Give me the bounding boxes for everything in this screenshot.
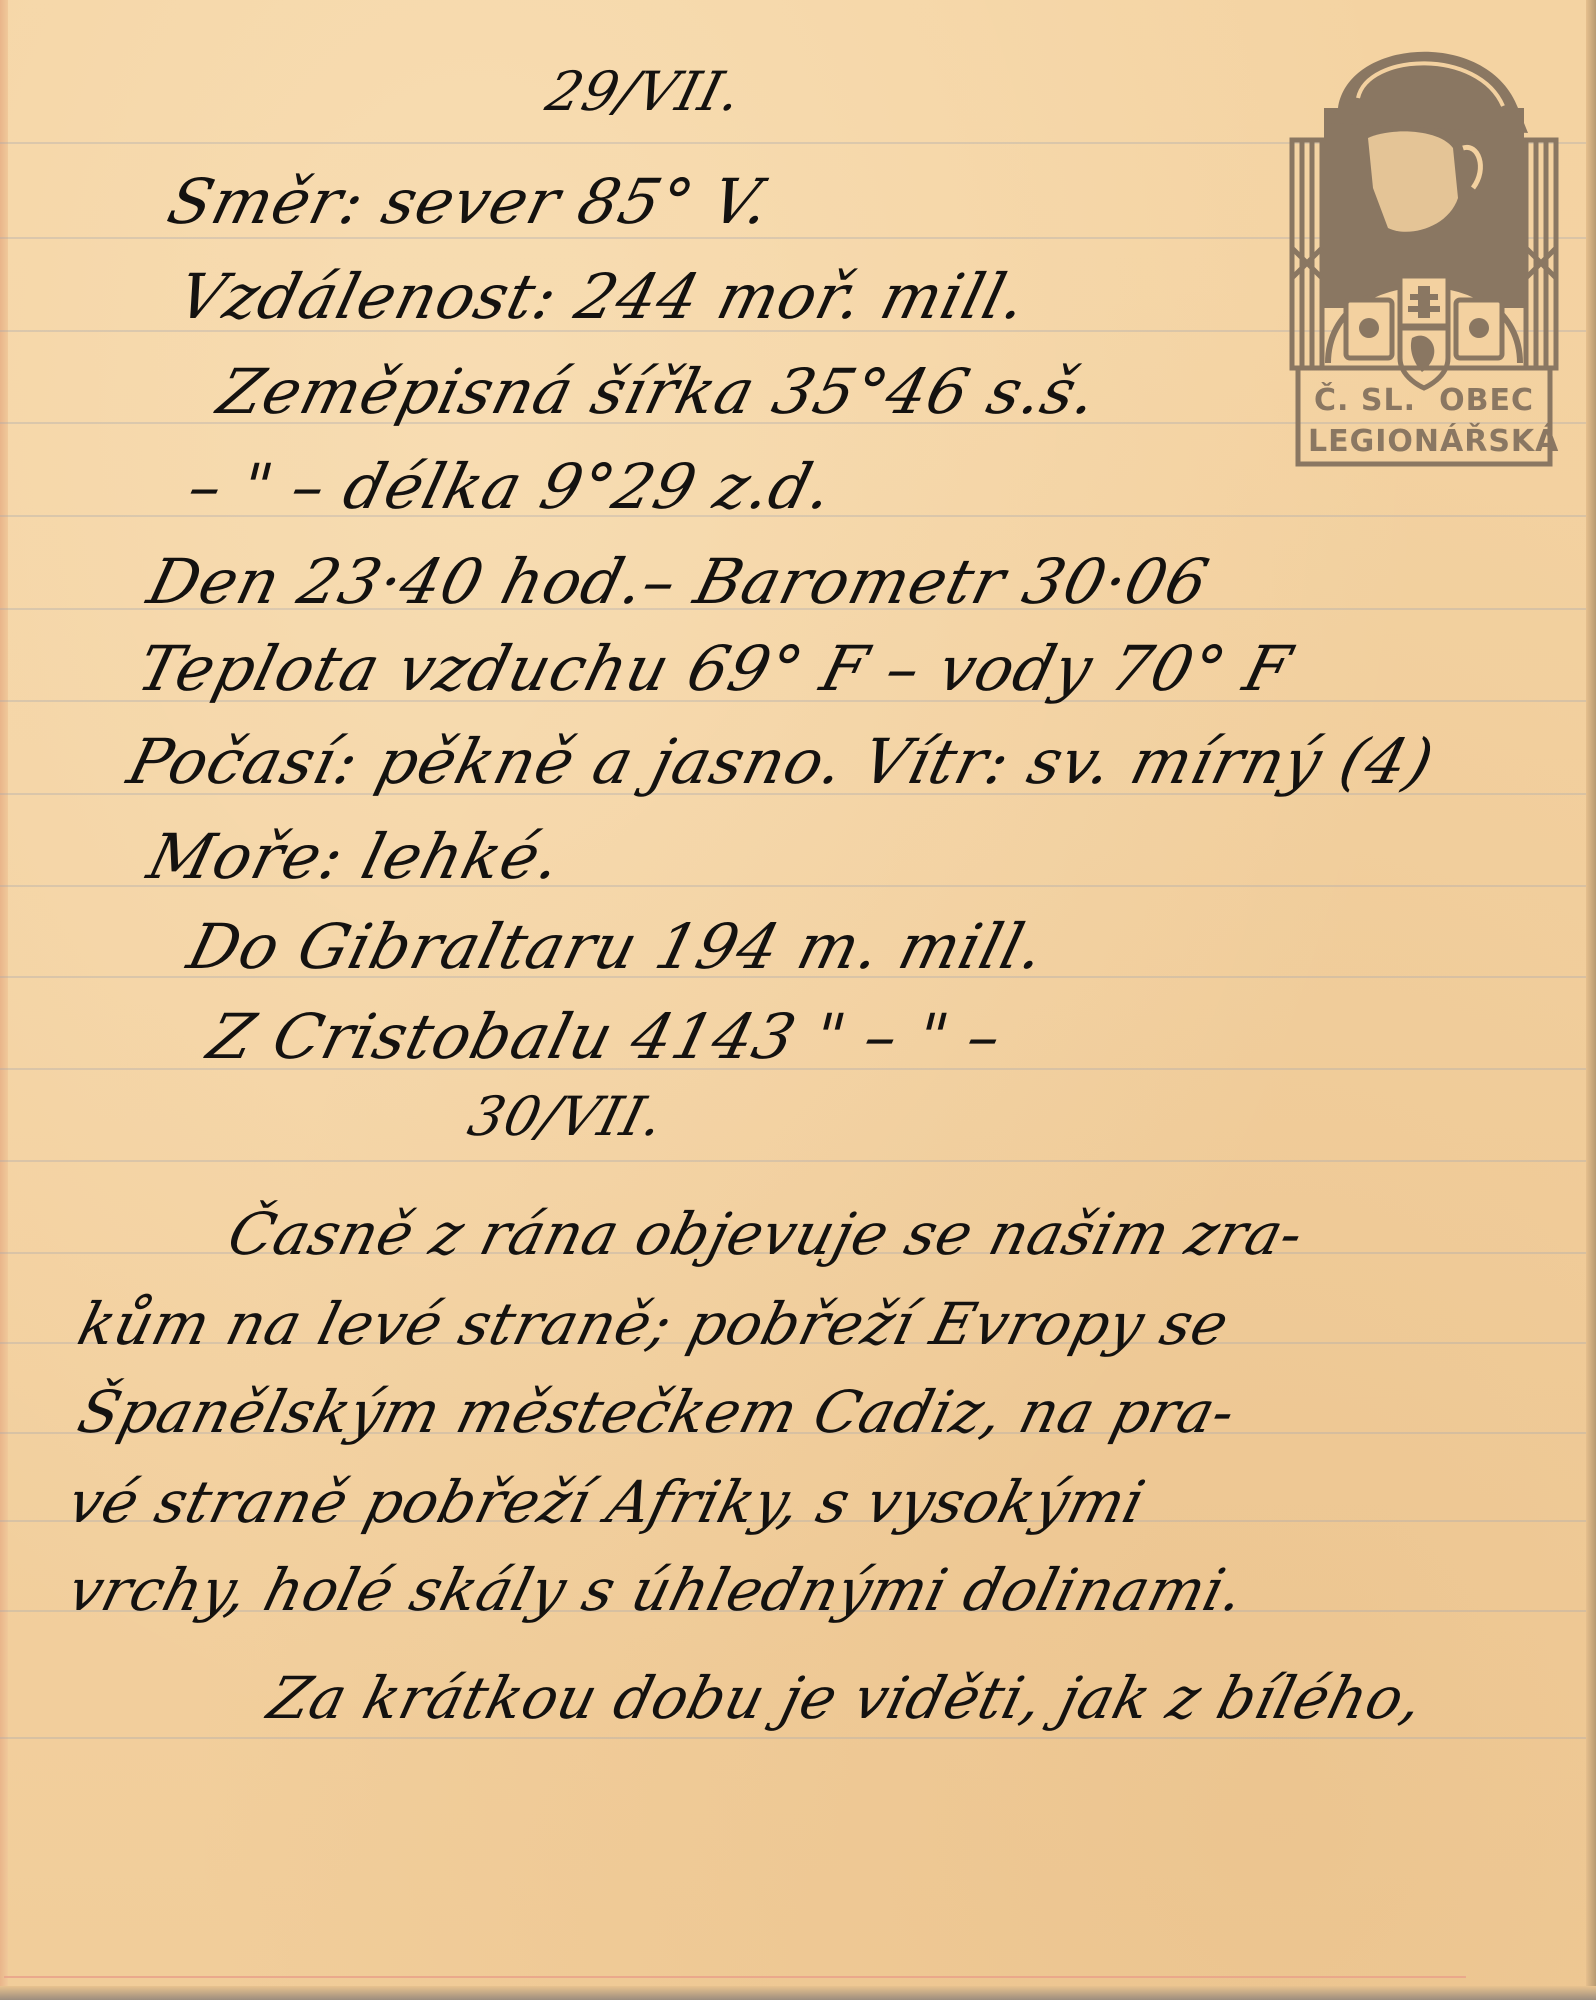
- stamp-text-obec: OBEC: [1439, 383, 1534, 418]
- prose-line: Za krátkou dobu je viděti, jak z bílého,: [262, 1664, 1431, 1732]
- entry-temperature: Teplota vzduchu 69° F – vody 70° F: [131, 632, 1299, 705]
- page-left-edge: [0, 0, 8, 2000]
- page-right-edge: [1586, 0, 1596, 2000]
- ruled-line: [0, 1160, 1586, 1162]
- entry-date-30-vii: 30/VII.: [462, 1085, 670, 1148]
- page-bottom-edge: [0, 1986, 1596, 2000]
- entry-to-gibraltar: Do Gibraltaru 194 m. mill.: [181, 910, 1053, 983]
- legion-stamp: Č. SL. OBEC LEGIONÁŘSKÁ: [1288, 28, 1560, 468]
- entry-longitude: – " – délka 9°29 z.d.: [181, 450, 841, 523]
- entry-day-barometer: Den 23·40 hod.– Barometr 30·06: [141, 545, 1217, 618]
- stamp-text-legionarska: LEGIONÁŘSKÁ: [1308, 424, 1540, 459]
- journal-page: Č. SL. OBEC LEGIONÁŘSKÁ 29/VII. Směr: se…: [0, 0, 1596, 2000]
- prose-line: vé straně pobřeží Afriky, s vysokými: [62, 1468, 1152, 1536]
- stamp-line-1: Č. SL. OBEC: [1308, 383, 1540, 418]
- entry-direction: Směr: sever 85° V.: [161, 165, 778, 238]
- entry-latitude: Zeměpisná šířka 35°46 s.š.: [211, 355, 1105, 428]
- prose-line: Španělským městečkem Cadiz, na pra-: [72, 1378, 1243, 1446]
- entry-from-cristobal: Z Cristobalu 4143 " – " –: [201, 1000, 1010, 1073]
- prose-line: vrchy, holé skály s úhlednými dolinami.: [62, 1556, 1252, 1624]
- ruled-line: [0, 1737, 1586, 1739]
- stamp-text-csl: Č. SL.: [1314, 383, 1416, 418]
- entry-date-29-vii: 29/VII.: [540, 60, 748, 123]
- entry-sea: Moře: lehké.: [141, 820, 569, 893]
- entry-distance: Vzdálenost: 244 moř. mill.: [171, 260, 1035, 333]
- prose-line: kům na levé straně; pobřeží Evropy se: [72, 1290, 1236, 1358]
- prose-line: Časně z rána objevuje se našim zra-: [222, 1200, 1311, 1268]
- entry-weather: Počasí: pěkně a jasno. Vítr: sv. mírný (…: [121, 725, 1442, 798]
- red-margin-line: [4, 1976, 1466, 1978]
